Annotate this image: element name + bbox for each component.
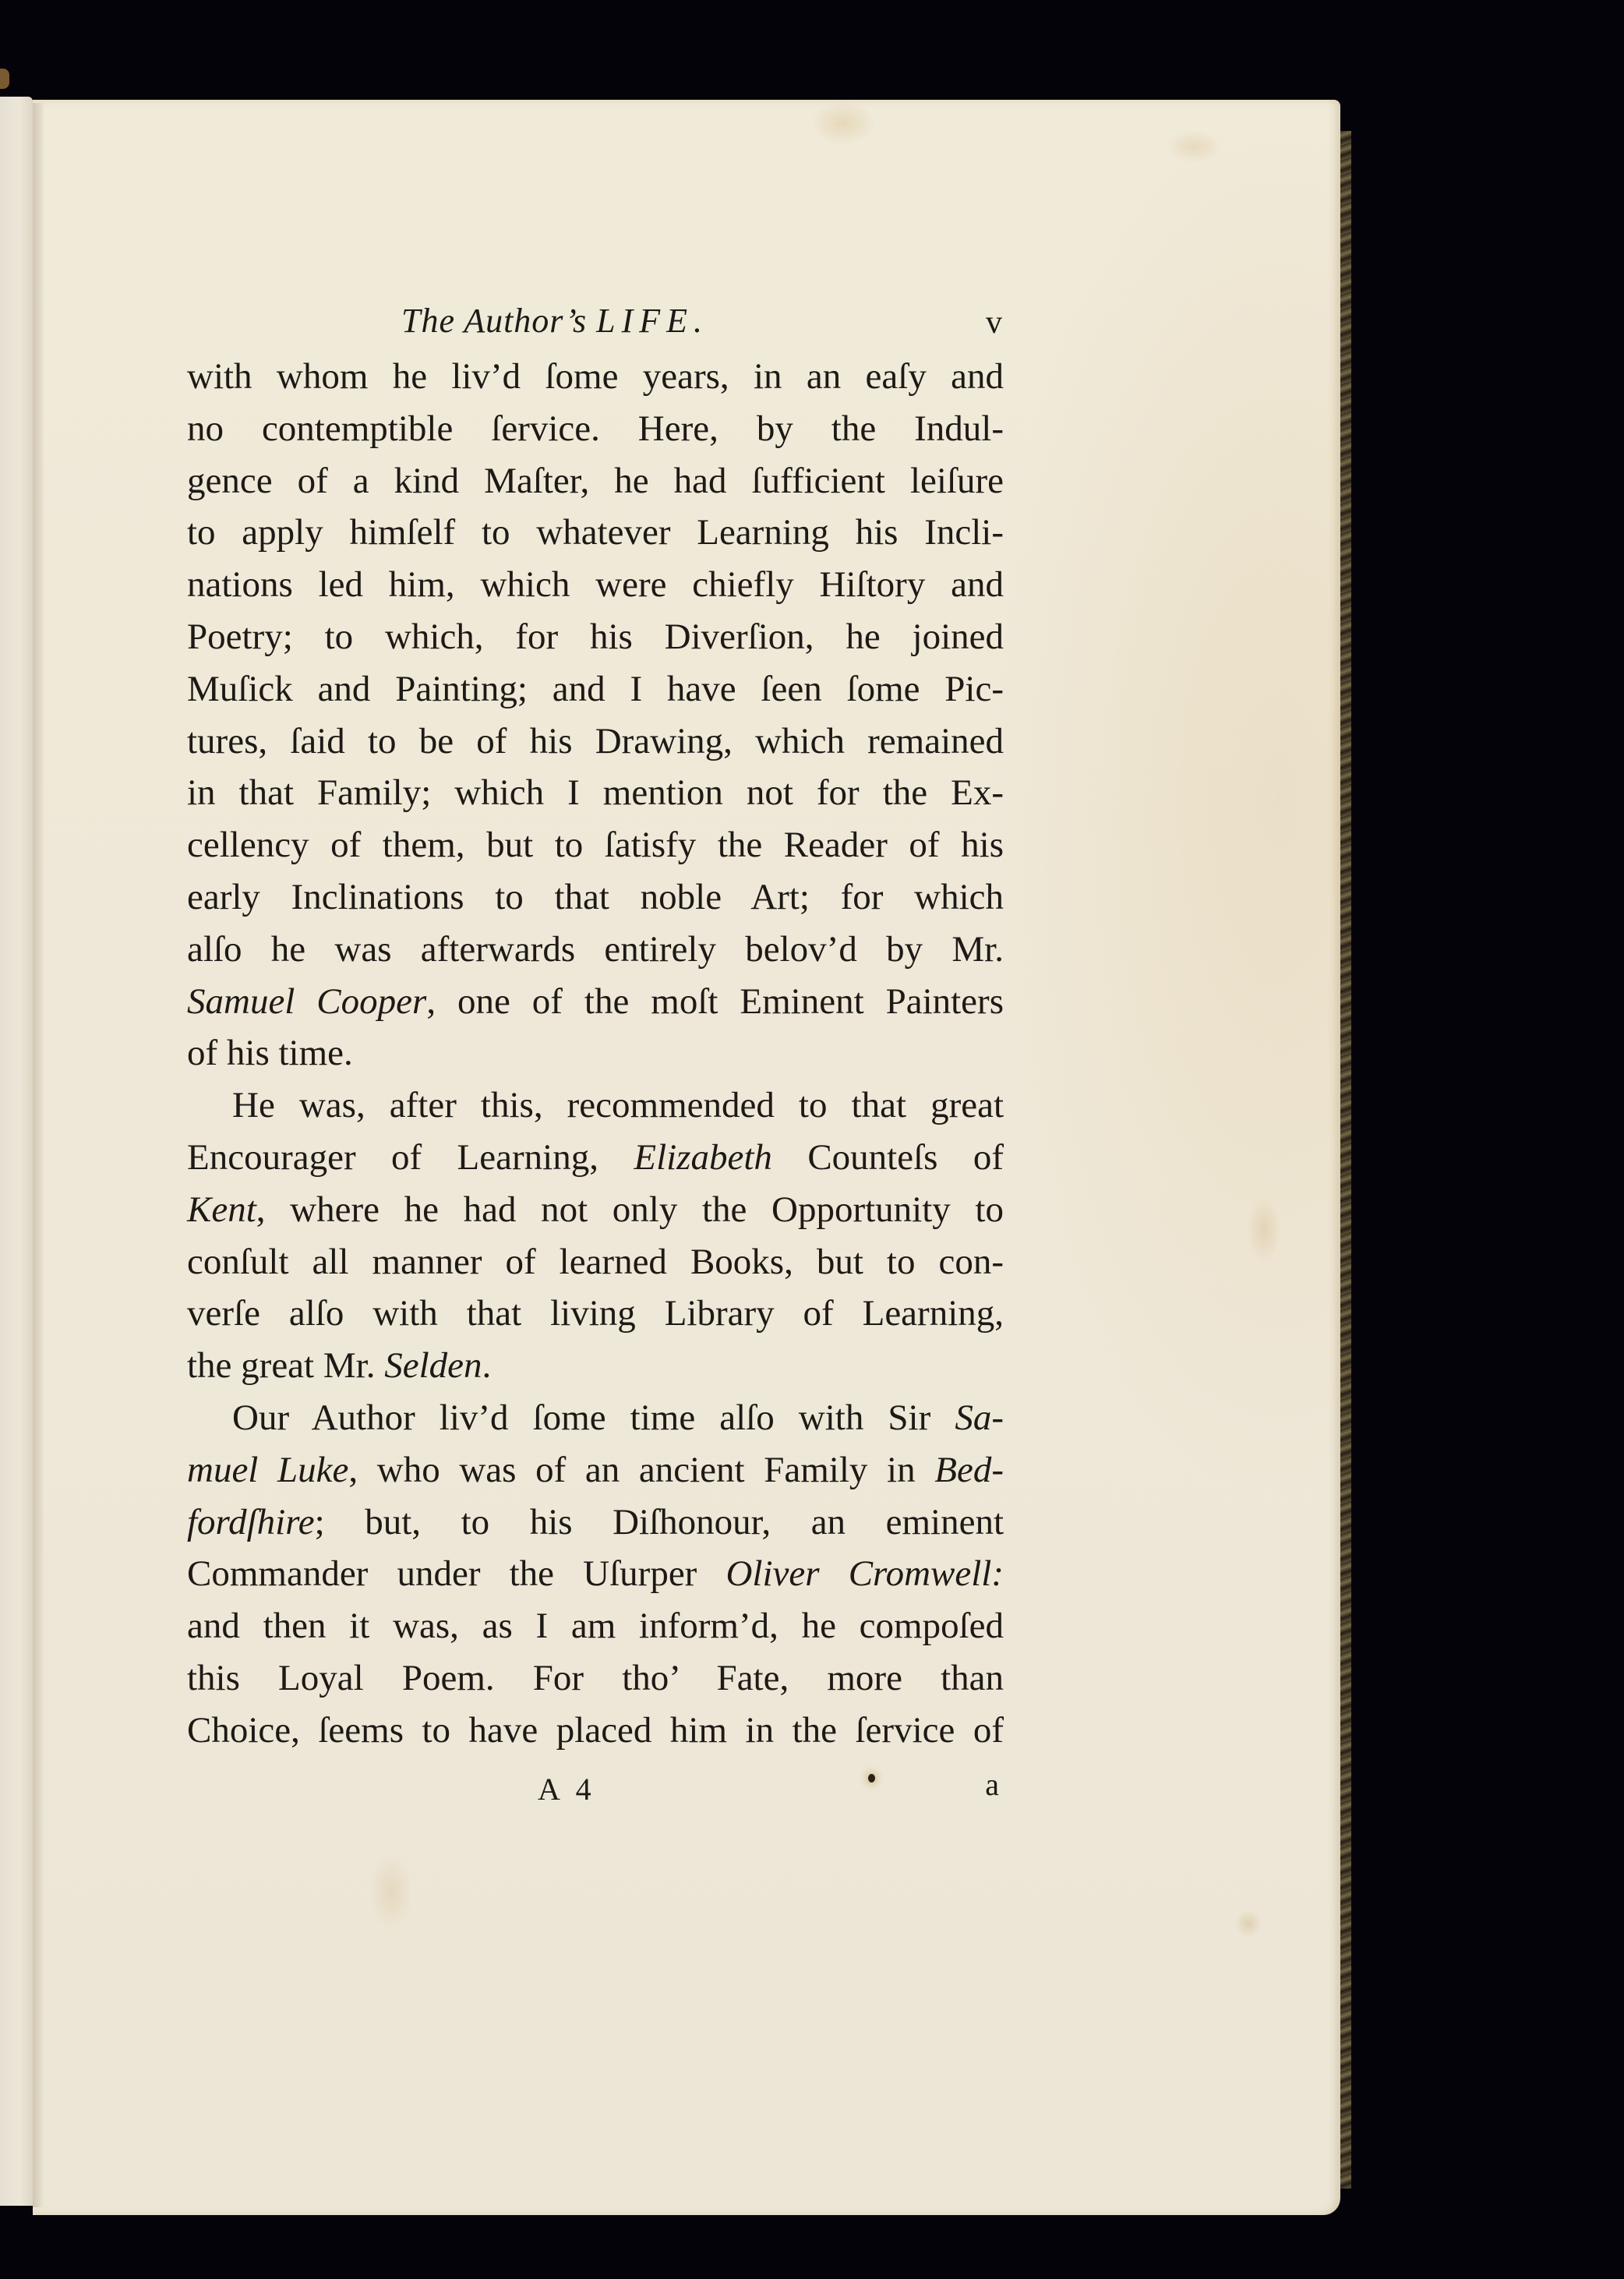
- text-line: in that Family; which I mention not for …: [187, 767, 1004, 819]
- text-line: gence of a kind Maſter, he had ſufficien…: [187, 455, 1004, 507]
- roman-text: the great Mr.: [187, 1345, 384, 1386]
- roman-text: alſo he was afterwards entirely belov’d …: [187, 929, 1004, 970]
- text-line: He was, after this, recommended to that …: [187, 1079, 1004, 1132]
- gutter-shadow: [33, 103, 44, 2207]
- text-block: The Author’s LIFE. v with whom he liv’d …: [187, 296, 1004, 1757]
- text-line: early Inclinations to that noble Art; fo…: [187, 871, 1004, 924]
- italic-text: Selden: [384, 1345, 482, 1386]
- text-line: conſult all manner of learned Books, but…: [187, 1236, 1004, 1288]
- roman-text: tures, ſaid to be of his Drawing, which …: [187, 721, 1004, 761]
- italic-text: fordſhire: [187, 1502, 315, 1542]
- text-line: the great Mr. Selden.: [187, 1340, 1004, 1392]
- text-line: Poetry; to which, for his Diverſion, he …: [187, 611, 1004, 663]
- signature-mark: A 4: [538, 1771, 596, 1807]
- roman-text: cellency of them, but to ſatisfy the Rea…: [187, 825, 1004, 865]
- roman-text: .: [482, 1345, 491, 1386]
- roman-text: of his time.: [187, 1033, 353, 1073]
- italic-text: Samuel Cooper: [187, 981, 426, 1022]
- catchword: a: [985, 1766, 999, 1803]
- paragraph: with whom he liv’d ſome years, in an eaſ…: [187, 351, 1004, 1079]
- roman-text: gence of a kind Maſter, he had ſufficien…: [187, 461, 1004, 501]
- text-line: Encourager of Learning, Elizabeth Counte…: [187, 1132, 1004, 1184]
- italic-text: muel Luke: [187, 1450, 348, 1490]
- text-line: to apply himſelf to whatever Learning hi…: [187, 507, 1004, 559]
- roman-text: Encourager of Learning,: [187, 1137, 634, 1178]
- roman-text: and then it was, as I am inform’d, he co…: [187, 1606, 1004, 1646]
- text-line: this Loyal Poem. For tho’ Fate, more tha…: [187, 1652, 1004, 1705]
- italic-text: Sa-: [955, 1397, 1004, 1438]
- running-head-italic: The Author’s: [401, 302, 596, 340]
- running-head-title: The Author’s LIFE.: [401, 301, 708, 341]
- roman-text: conſult all manner of learned Books, but…: [187, 1242, 1004, 1282]
- text-line: cellency of them, but to ſatisfy the Rea…: [187, 819, 1004, 871]
- text-line: alſo he was afterwards entirely belov’d …: [187, 924, 1004, 976]
- paragraph: He was, after this, recommended to that …: [187, 1079, 1004, 1392]
- text-line: and then it was, as I am inform’d, he co…: [187, 1600, 1004, 1652]
- roman-text: , who was of an ancient Family in: [348, 1450, 934, 1490]
- text-line: Commander under the Uſurper Oliver Cromw…: [187, 1548, 1004, 1600]
- roman-text: verſe alſo with that living Library of L…: [187, 1293, 1004, 1334]
- roman-text: nations led him, which were chiefly Hiſt…: [187, 564, 1004, 605]
- text-line: Muſick and Painting; and I have ſeen ſom…: [187, 663, 1004, 715]
- roman-text: , one of the moſt Eminent Painters: [426, 981, 1004, 1022]
- roman-text: Muſick and Painting; and I have ſeen ſom…: [187, 669, 1004, 709]
- roman-text: early Inclinations to that noble Art; fo…: [187, 877, 1004, 917]
- paragraph: Our Author liv’d ſome time alſo with Sir…: [187, 1392, 1004, 1757]
- running-head-caps: LIFE.: [596, 302, 708, 340]
- text-line: no contemptible ſervice. Here, by the In…: [187, 403, 1004, 455]
- italic-text: Kent: [187, 1189, 256, 1230]
- running-head: The Author’s LIFE. v: [187, 296, 1004, 351]
- roman-text: in that Family; which I mention not for …: [187, 772, 1004, 813]
- text-line: verſe alſo with that living Library of L…: [187, 1288, 1004, 1340]
- text-line: nations led him, which were chiefly Hiſt…: [187, 559, 1004, 611]
- text-line: of his time.: [187, 1027, 1004, 1079]
- text-line: Choice, ſeems to have placed him in the …: [187, 1705, 1004, 1757]
- roman-text: He was, after this, recommended to that …: [232, 1085, 1004, 1125]
- roman-text: ; but, to his Diſhonour, an eminent: [315, 1502, 1004, 1542]
- body-text: with whom he liv’d ſome years, in an eaſ…: [187, 351, 1004, 1757]
- page-folio: v: [986, 304, 1002, 341]
- roman-text: to apply himſelf to whatever Learning hi…: [187, 512, 1004, 553]
- text-line: with whom he liv’d ſome years, in an eaſ…: [187, 351, 1004, 403]
- text-line: Samuel Cooper, one of the moſt Eminent P…: [187, 976, 1004, 1028]
- text-line: Our Author liv’d ſome time alſo with Sir…: [187, 1392, 1004, 1444]
- binding-thread: [0, 69, 9, 89]
- roman-text: , where he had not only the Opportunity …: [256, 1189, 1004, 1230]
- text-line: muel Luke, who was of an ancient Family …: [187, 1444, 1004, 1496]
- italic-text: Elizabeth: [634, 1137, 772, 1178]
- text-line: fordſhire; but, to his Diſhonour, an emi…: [187, 1496, 1004, 1549]
- roman-text: Poetry; to which, for his Diverſion, he …: [187, 617, 1004, 657]
- text-line: tures, ſaid to be of his Drawing, which …: [187, 715, 1004, 768]
- italic-text: Bed-: [934, 1450, 1004, 1490]
- roman-text: Our Author liv’d ſome time alſo with Sir: [232, 1397, 955, 1438]
- fore-edge-binding: [1340, 131, 1351, 2189]
- roman-text: Commander under the Uſurper: [187, 1553, 726, 1594]
- roman-text: Counteſs of: [772, 1137, 1004, 1178]
- facing-page-edge: [0, 97, 33, 2206]
- roman-text: Choice, ſeems to have placed him in the …: [187, 1710, 1004, 1751]
- roman-text: this Loyal Poem. For tho’ Fate, more tha…: [187, 1658, 1004, 1698]
- italic-text: Oliver Cromwell:: [726, 1553, 1004, 1594]
- roman-text: with whom he liv’d ſome years, in an eaſ…: [187, 356, 1004, 397]
- text-line: Kent, where he had not only the Opportun…: [187, 1184, 1004, 1236]
- direction-line: A 4 a: [187, 1771, 1004, 1818]
- roman-text: no contemptible ſervice. Here, by the In…: [187, 408, 1004, 449]
